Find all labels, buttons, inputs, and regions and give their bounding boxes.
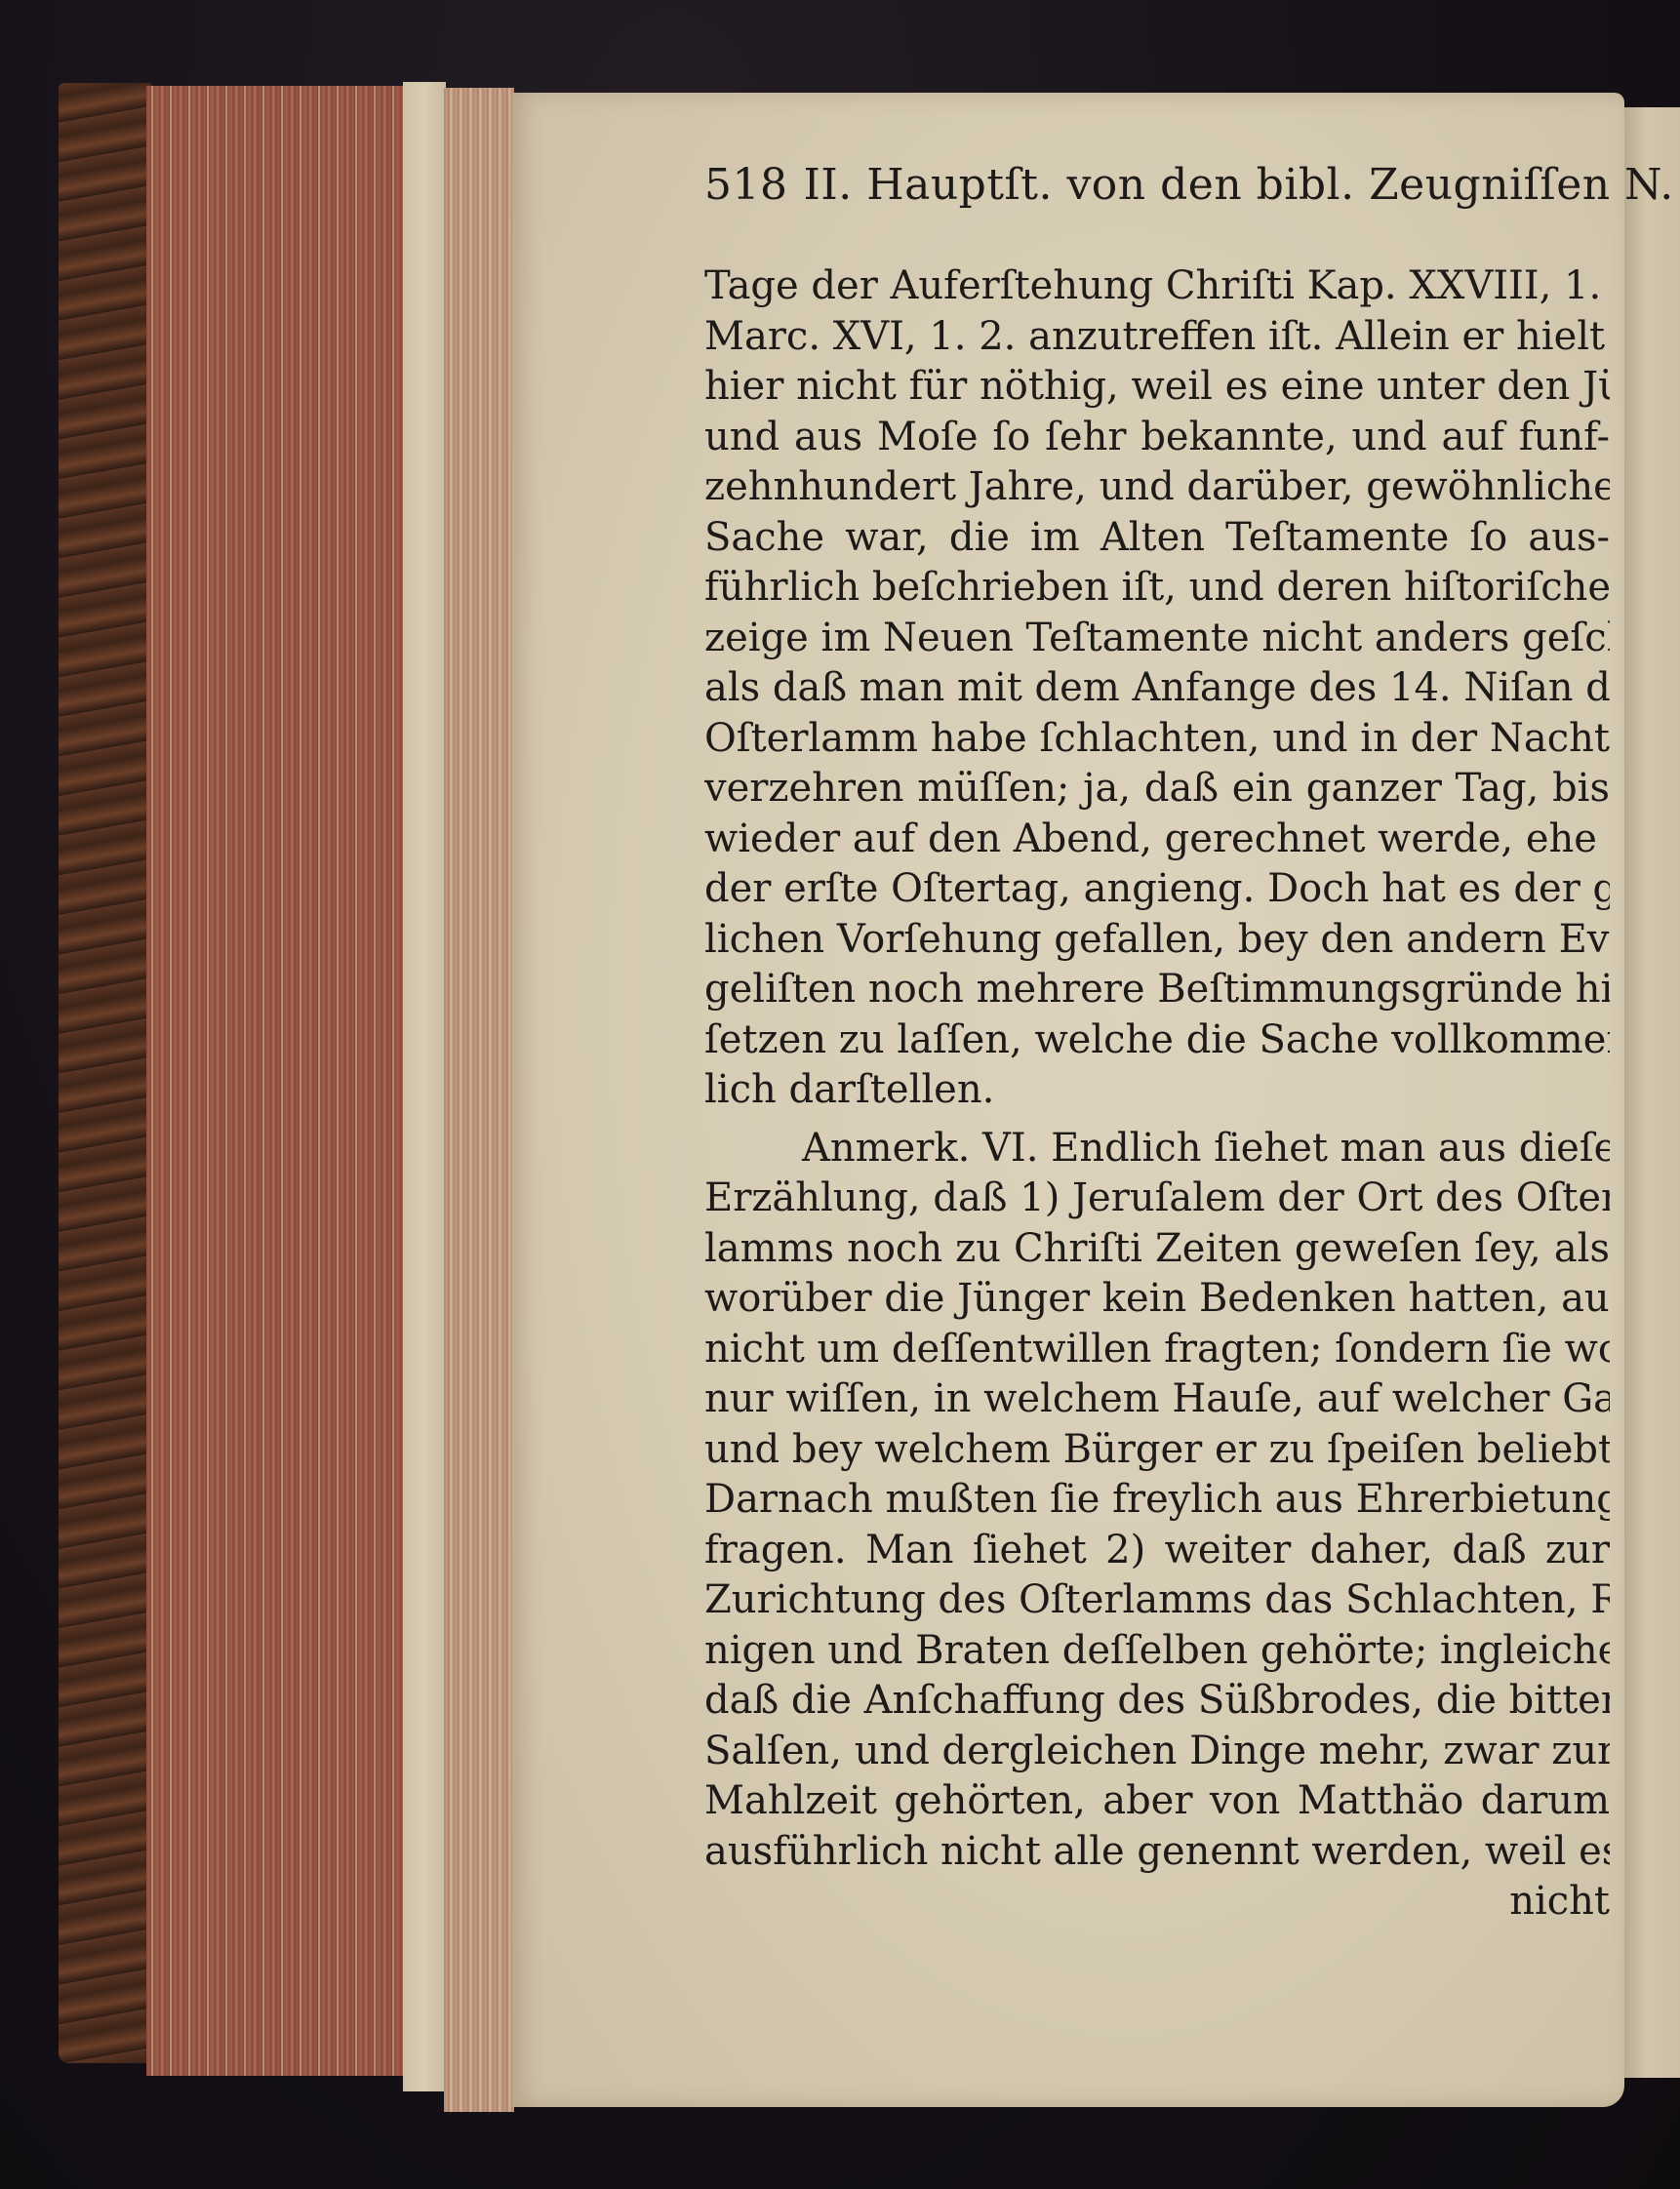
text-line: Mahlzeit gehörten, aber von Matthäo daru… (704, 1776, 1610, 1827)
red-sprinkled-page-edges (146, 86, 405, 2076)
paragraph-2-annotation: Anmerk. VI. Endlich ſiehet man aus dieſe… (704, 1124, 1610, 1878)
text-line: nigen und Braten deſſelben gehörte; ingl… (704, 1626, 1610, 1677)
page-text: 518 II. Hauptſt. von den bibl. Zeugniſſe… (704, 156, 1610, 1928)
text-line: Salſen, und dergleichen Dinge mehr, zwar… (704, 1727, 1610, 1777)
text-line: führlich beſchrieben iſt, und deren hiſt… (704, 563, 1610, 614)
text-line: und aus Moſe ſo ſehr bekannte, und auf f… (704, 413, 1610, 463)
text-line: Sache war, die im Alten Teſtamente ſo au… (704, 513, 1610, 564)
text-line: hier nicht für nöthig, weil es eine unte… (704, 362, 1610, 413)
text-line: Anmerk. VI. Endlich ſiehet man aus dieſe… (704, 1124, 1610, 1174)
page-stack-light (403, 82, 446, 2091)
text-line: fragen. Man ſiehet 2) weiter daher, daß … (704, 1526, 1610, 1576)
paragraph-1: Tage der Auferſtehung Chriſti Kap. XXVII… (704, 261, 1610, 1116)
text-line: zehnhundert Jahre, und darüber, gewöhnli… (704, 462, 1610, 513)
text-line: geliſten noch mehrere Beſtimmungsgründe … (704, 965, 1610, 1015)
running-head: 518 II. Hauptſt. von den bibl. Zeugniſſe… (704, 156, 1610, 215)
text-line: verzehren müſſen; ja, daß ein ganzer Tag… (704, 764, 1610, 815)
catchword: nicht (704, 1877, 1610, 1928)
text-line: lich darſtellen. (704, 1065, 1610, 1116)
page-number: 518 (704, 156, 787, 215)
text-line: und bey welchem Bürger er zu ſpeiſen bel… (704, 1425, 1610, 1476)
text-line: Erzählung, daß 1) Jeruſalem der Ort des … (704, 1174, 1610, 1224)
text-line: daß die Anſchaffung des Süßbrodes, die b… (704, 1676, 1610, 1727)
text-line: lichen Vorſehung gefallen, bey den ander… (704, 915, 1610, 966)
text-line: als daß man mit dem Anfange des 14. Niſa… (704, 663, 1610, 714)
page-stack-edges (444, 88, 514, 2112)
text-line: wieder auf den Abend, gerechnet werde, e… (704, 815, 1610, 865)
text-line: lamms noch zu Chriſti Zeiten geweſen ſey… (704, 1224, 1610, 1275)
text-line: Marc. XVI, 1. 2. anzutreffen iſt. Allein… (704, 312, 1610, 363)
text-line: nicht um deſſentwillen fragten; ſondern … (704, 1325, 1610, 1375)
text-line: Oſterlamm habe ſchlachten, und in der Na… (704, 714, 1610, 765)
text-line: Darnach mußten ſie freylich aus Ehrerbie… (704, 1475, 1610, 1526)
leather-cover-edge (59, 83, 151, 2063)
text-line: zeige im Neuen Teſtamente nicht anders g… (704, 614, 1610, 664)
text-line: worüber die Jünger kein Bedenken hatten,… (704, 1274, 1610, 1325)
running-head-title: II. Hauptſt. von den bibl. Zeugniſſen N.… (803, 156, 1680, 215)
body-text: Tage der Auferſtehung Chriſti Kap. XXVII… (704, 261, 1610, 1928)
text-line: Tage der Auferſtehung Chriſti Kap. XXVII… (704, 261, 1610, 312)
paragraph-gap (704, 1116, 1610, 1124)
text-line: ſetzen zu laſſen, welche die Sache vollk… (704, 1015, 1610, 1066)
text-line: ausführlich nicht alle genennt werden, w… (704, 1827, 1610, 1878)
text-line: Zurichtung des Oſterlamms das Schlachten… (704, 1575, 1610, 1626)
text-line: nur wiſſen, in welchem Hauſe, auf welche… (704, 1374, 1610, 1425)
facing-page-edge (1624, 107, 1680, 2078)
text-line: der erſte Oſtertag, angieng. Doch hat es… (704, 864, 1610, 915)
